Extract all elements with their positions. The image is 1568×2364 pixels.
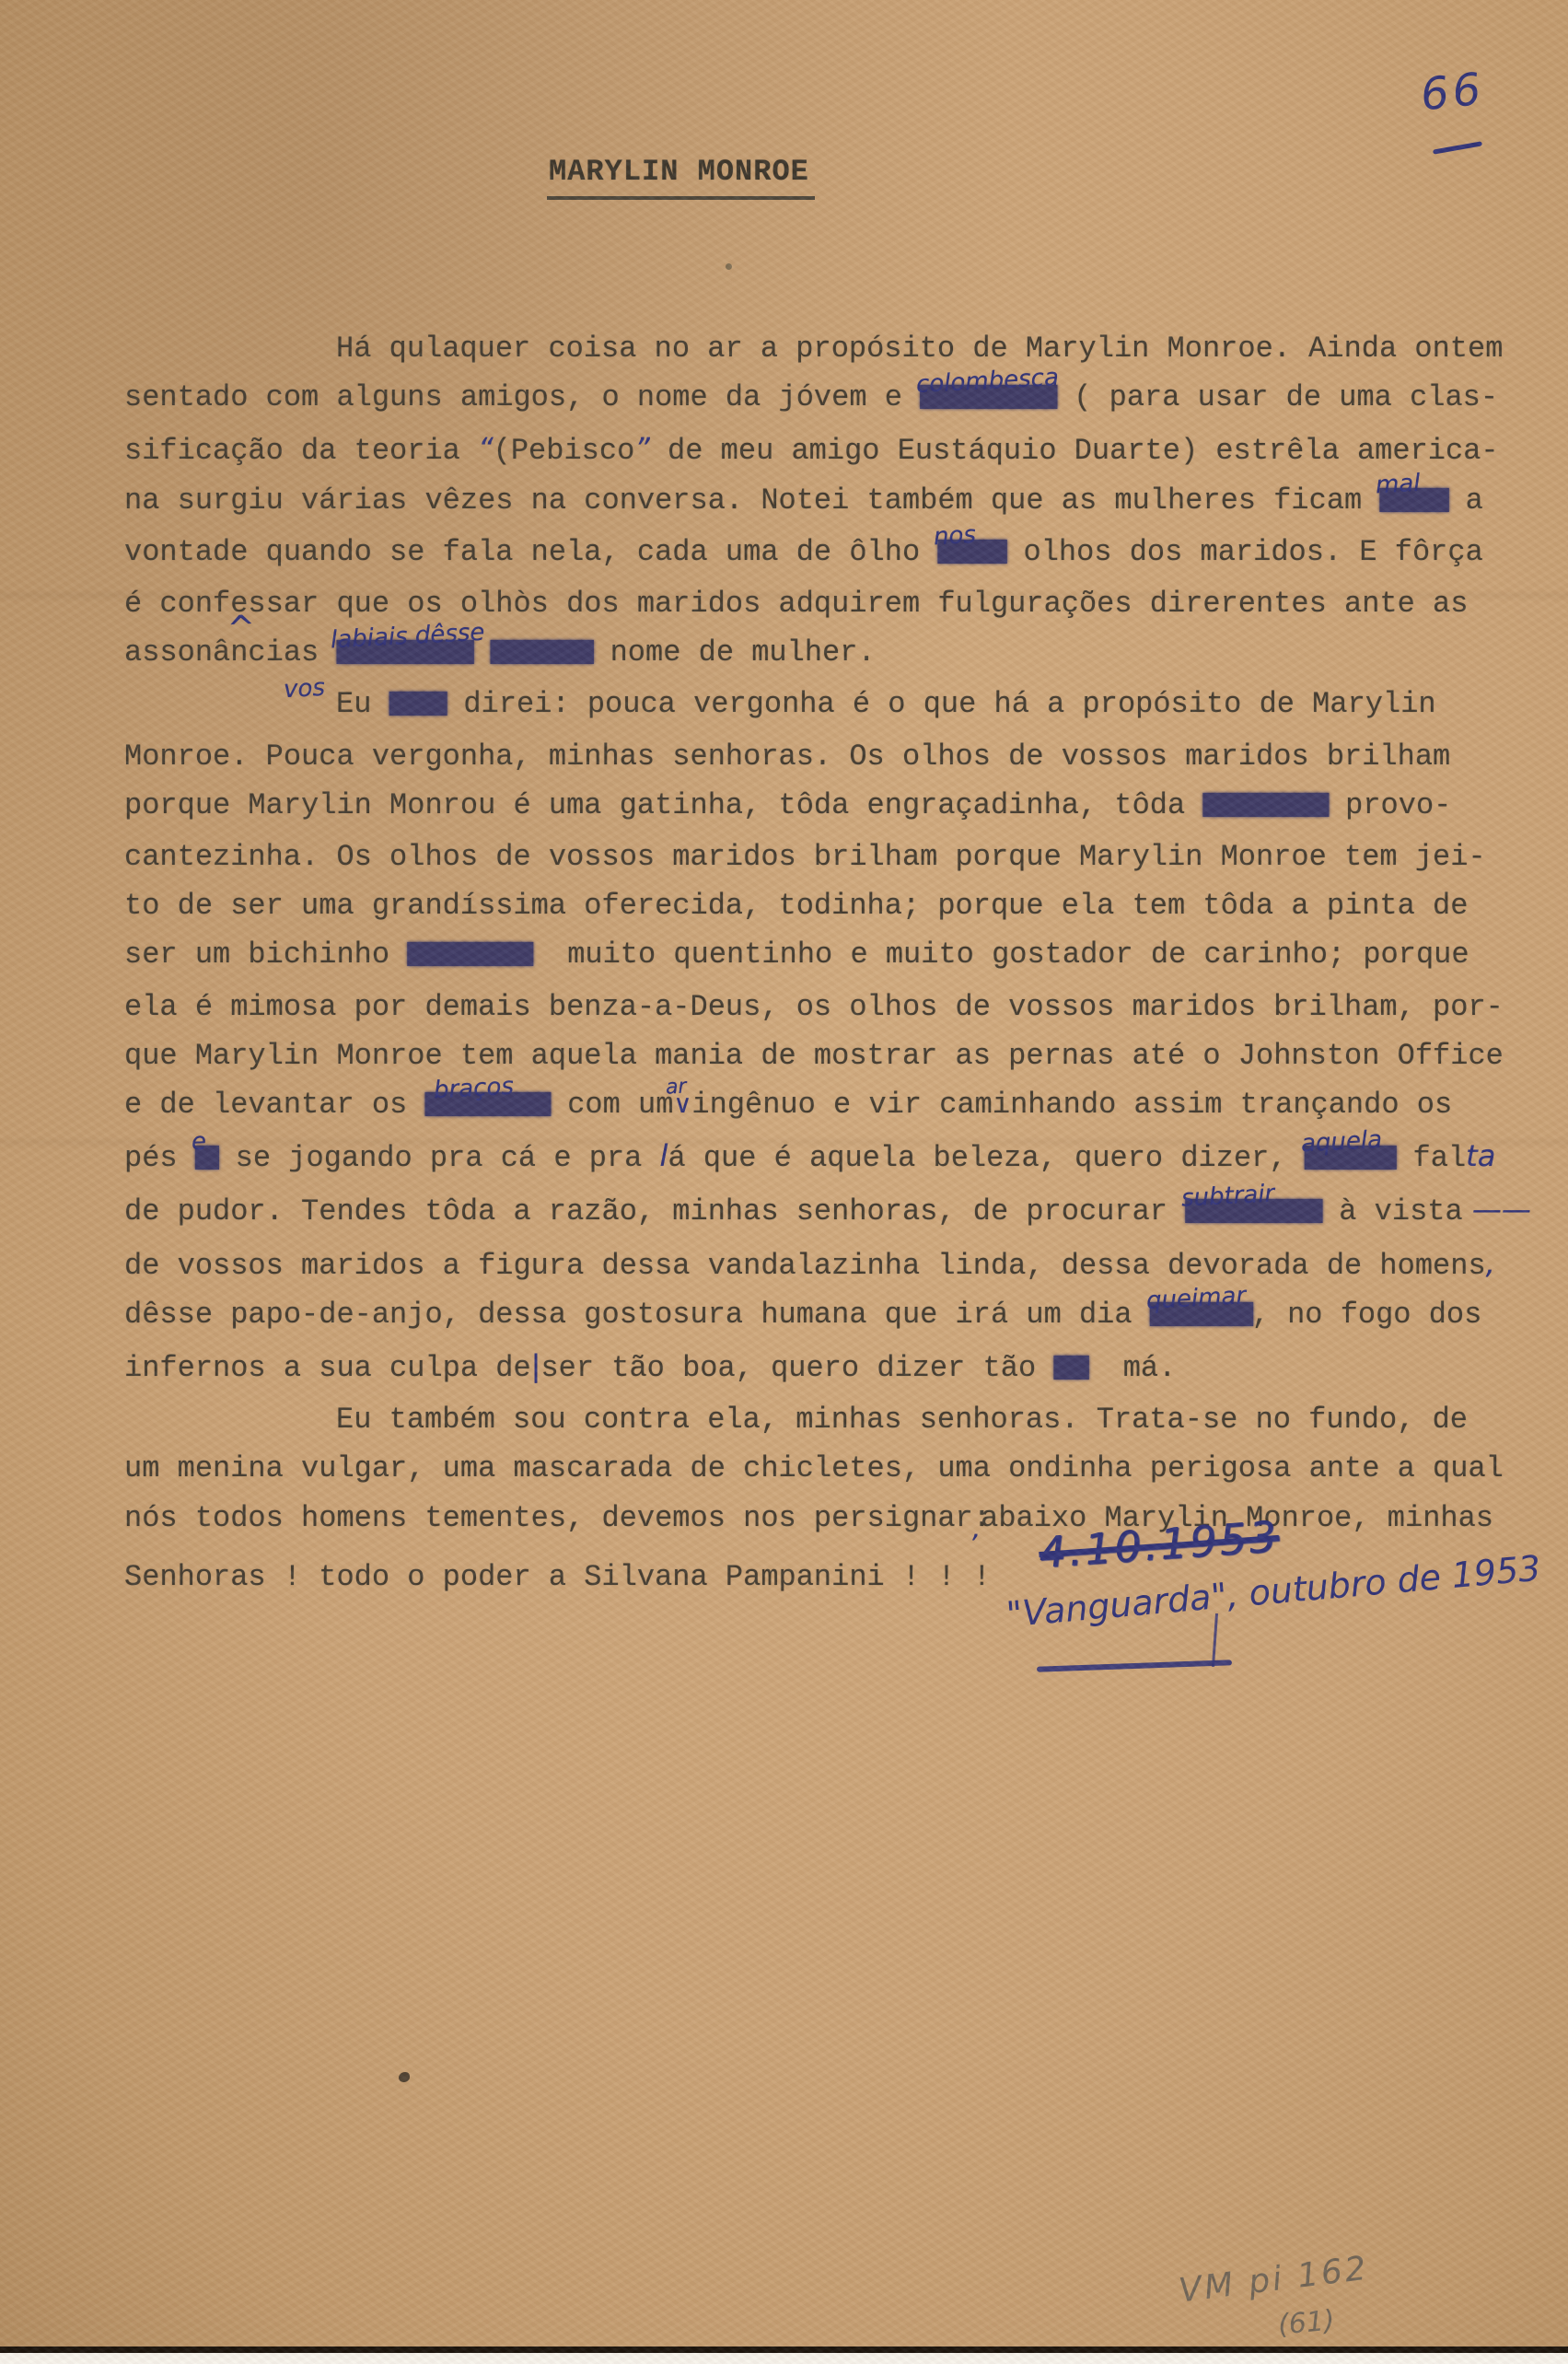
pencil-catalog-note: VM pi 162 (1177, 2250, 1371, 2311)
typewritten-text: fal (1395, 1141, 1466, 1175)
text-line: assonâncias ^████████████labiais dêsse █… (124, 628, 1547, 680)
text-line: e de levantar os ███████████braços com u… (124, 1080, 1547, 1132)
typewritten-text: direi: pouca vergonha é o que há a propó… (446, 687, 1435, 721)
annotated-segment: ████████████subtrair (1185, 1187, 1321, 1239)
crossed-out-word: ████████████ (920, 385, 1056, 409)
document-page: 66 MARYLIN MONROE Há qulaquer coisa no a… (0, 0, 1568, 2364)
typewritten-body: Há qulaquer coisa no ar a propósito de M… (124, 324, 1547, 1601)
typewritten-text: é confessar que os olhòs dos maridos adq… (124, 587, 1468, 621)
typewritten-text: ( para usar de uma clas- (1056, 380, 1498, 414)
typewritten-text: dêsse papo-de-anjo, dessa gostosura huma… (124, 1298, 1150, 1332)
typewritten-text: e de levantar os (124, 1088, 424, 1122)
crossed-out-word: ██████ (937, 540, 1005, 564)
typewritten-text: (Pebisco (494, 434, 635, 468)
pen-correction: , (1486, 1246, 1495, 1281)
typewritten-text: olhos dos maridos. E fôrça (1005, 535, 1482, 569)
typewritten-text: Há qulaquer coisa no ar a propósito de M… (336, 332, 1503, 366)
ink-speck (399, 2072, 410, 2082)
text-line: ser um bichinho ███████████ muito quenti… (124, 930, 1547, 982)
typewritten-text: ingênuo e vir caminhando assim trançando… (691, 1088, 1452, 1122)
typewritten-text: assonâncias (124, 635, 336, 670)
typewritten-text: má. (1087, 1351, 1176, 1385)
typewritten-text: Eu (336, 687, 389, 721)
scan-edge-white (0, 2353, 1568, 2364)
typewritten-text: com um (550, 1088, 673, 1122)
typewritten-text: sificação da teoria (124, 434, 478, 468)
crossed-out-word: █████ (389, 692, 447, 716)
typewritten-text: á que é aquela beleza, quero dizer, (668, 1141, 1304, 1175)
typewritten-text: à vista (1321, 1194, 1463, 1229)
typewritten-text: pés (124, 1141, 195, 1175)
text-line: to de ser uma grandíssima oferecida, tod… (124, 881, 1547, 930)
crossed-out-word: ████████████ (336, 640, 472, 664)
text-line: cantezinha. Os olhos de vossos maridos b… (124, 833, 1547, 881)
ink-speck (726, 263, 732, 270)
typewritten-text: de pudor. Tendes tôda a razão, minhas se… (124, 1194, 1185, 1229)
annotated-segment: ██e (195, 1134, 218, 1185)
crossed-out-word: ██ (195, 1146, 218, 1170)
annotated-segment: ∨ar (673, 1080, 691, 1129)
crossed-out-word: ███████████ (424, 1092, 550, 1116)
typewritten-text: ser um bichinho (124, 937, 407, 972)
annotated-segment: ██████nos (937, 528, 1005, 579)
typewritten-text: porque Marylin Monrou é uma gatinha, tôd… (124, 788, 1202, 822)
annotated-segment: ████████████labiais dêsse (336, 628, 472, 680)
annotated-segment: ██████mal (1379, 476, 1447, 528)
typewritten-text: , no fogo dos (1252, 1298, 1482, 1332)
typewritten-text: Senhoras ! todo o poder a Silvana Pampan… (124, 1560, 991, 1594)
pen-correction: | (531, 1348, 541, 1383)
typewritten-text (472, 635, 490, 670)
typewritten-text: to de ser uma grandíssima oferecida, tod… (124, 889, 1468, 923)
text-line: Monroe. Pouca vergonha, minhas senhoras.… (124, 732, 1547, 781)
pen-correction: —— (1463, 1192, 1531, 1227)
text-line: um menina vulgar, uma mascarada de chicl… (124, 1444, 1547, 1493)
text-line: na surgiu várias vêzes na conversa. Note… (124, 476, 1547, 528)
pen-correction: “ (478, 431, 494, 466)
annotated-segment: █████vos (389, 680, 447, 731)
page-number: 66 (1418, 64, 1487, 122)
crossed-out-word: ██████ (1379, 488, 1447, 512)
typewritten-text: de vossos maridos a figura dessa vandala… (124, 1249, 1486, 1283)
text-line: ela é mimosa por demais benza-a-Deus, os… (124, 983, 1547, 1031)
typewritten-text: provo- (1328, 788, 1451, 822)
pen-correction: ” (634, 431, 650, 466)
typewritten-text: se jogando pra cá e pra (217, 1141, 659, 1175)
annotated-segment: █████████queimar (1150, 1290, 1252, 1342)
text-line: dêsse papo-de-anjo, dessa gostosura huma… (124, 1290, 1547, 1342)
annotated-segment: ███████████braços (424, 1080, 550, 1132)
text-line: porque Marylin Monrou é uma gatinha, tôd… (124, 781, 1547, 833)
text-line: é confessar que os olhòs dos maridos adq… (124, 579, 1547, 628)
text-line: de vossos maridos a figura dessa vandala… (124, 1240, 1547, 1290)
typewritten-text: Eu também sou contra ela, minhas senhora… (336, 1403, 1468, 1437)
text-line: Eu também sou contra ela, minhas senhora… (124, 1395, 1547, 1444)
scan-edge-shadow (0, 2347, 1568, 2353)
pen-correction: ta (1466, 1138, 1495, 1173)
typewritten-text: na surgiu várias vêzes na conversa. Note… (124, 483, 1379, 518)
crossed-out-word: ████████████ (1185, 1199, 1321, 1223)
pen-stroke (1212, 1613, 1218, 1667)
annotated-segment: assonâncias ^ (124, 628, 336, 677)
annotated-segment: ████████████colombesca (920, 373, 1056, 425)
text-line: infernos a sua culpa de|ser tão boa, que… (124, 1342, 1547, 1395)
typewritten-text: a (1447, 483, 1482, 518)
text-line: Eu █████vos direi: pouca vergonha é o qu… (124, 680, 1547, 731)
text-line: vontade quando se fala nela, cada uma de… (124, 528, 1547, 579)
crossed-out-word: ███████████ (1202, 793, 1328, 817)
pen-correction: , (972, 1512, 981, 1543)
document-title: MARYLIN MONROE (547, 155, 815, 200)
text-line: pés ██e se jogando pra cá e pra lá que é… (124, 1132, 1547, 1185)
text-line: que Marylin Monroe tem aquela mania de m… (124, 1031, 1547, 1080)
typewritten-text: Monroe. Pouca vergonha, minhas senhoras.… (124, 739, 1450, 774)
typewritten-text: que Marylin Monroe tem aquela mania de m… (124, 1039, 1504, 1073)
typewritten-text: nome de mulher. (592, 635, 875, 670)
pencil-catalog-note-2: (61) (1277, 2304, 1336, 2341)
page-number-underline (1433, 141, 1482, 154)
text-line: Há qulaquer coisa no ar a propósito de M… (124, 324, 1547, 373)
typewritten-text: de meu amigo Eustáquio Duarte) estrêla a… (650, 434, 1499, 468)
text-line: sificação da teoria “(Pebisco” de meu am… (124, 425, 1547, 475)
typewritten-text: vontade quando se fala nela, cada uma de… (124, 535, 937, 569)
handwritten-annotation: vos (283, 675, 325, 701)
typewritten-text: ela é mimosa por demais benza-a-Deus, os… (124, 990, 1504, 1024)
typewritten-text: muito quentinho e muito gostador de cari… (532, 937, 1469, 972)
crossed-out-word: ████████ (1305, 1146, 1396, 1170)
typewritten-text: cantezinha. Os olhos de vossos maridos b… (124, 840, 1486, 874)
text-line: de pudor. Tendes tôda a razão, minhas se… (124, 1185, 1547, 1239)
annotated-segment: ████████aquela (1305, 1134, 1396, 1185)
caret-insert-mark: ∨ (673, 1080, 691, 1129)
typewritten-text: infernos a sua culpa de (124, 1351, 531, 1385)
source-underline (1037, 1659, 1232, 1671)
typewritten-text: sentado com alguns amigos, o nome da jóv… (124, 380, 920, 414)
crossed-out-word: ███ (1053, 1356, 1087, 1380)
typewritten-text: nós todos homens tementes, devemos nos p… (124, 1501, 991, 1535)
crossed-out-word: █████████ (491, 640, 593, 664)
crossed-out-word: ███████████ (407, 942, 532, 966)
text-line: nós todos homens tementes, devemos nos p… (124, 1494, 1547, 1553)
typewritten-text: ser tão boa, quero dizer tão (540, 1351, 1053, 1385)
typewritten-text: um menina vulgar, uma mascarada de chicl… (124, 1451, 1504, 1485)
text-line: sentado com alguns amigos, o nome da jóv… (124, 373, 1547, 425)
crossed-out-word: █████████ (1150, 1302, 1252, 1326)
